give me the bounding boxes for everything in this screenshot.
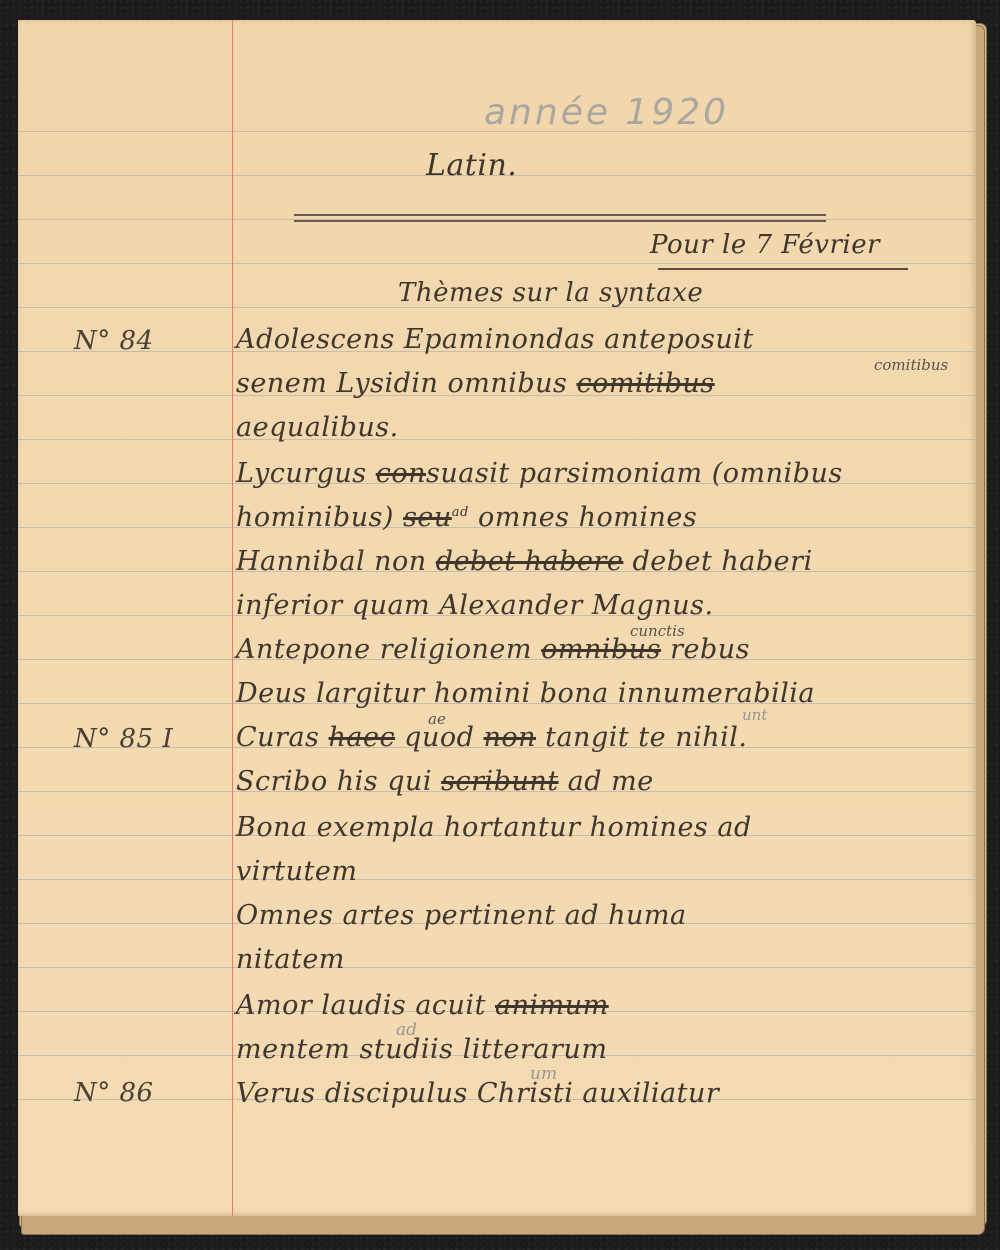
exercise-line: Omnes artes pertinent ad huma [236, 900, 687, 931]
pencil-year-note: année 1920 [484, 92, 729, 133]
struck-word: non [483, 722, 536, 753]
line-text: Amor laudis acuit [236, 990, 495, 1021]
exercise-number: N° 84 [74, 326, 154, 356]
struck-word: comitibus [576, 368, 714, 399]
section-title: Thèmes sur la syntaxe [398, 278, 703, 308]
exercise-line: hominibus) seuad omnes homines [236, 502, 697, 533]
line-text: Antepone religionem [236, 634, 541, 665]
exercise-line: mentem studiis litterarum [236, 1034, 607, 1065]
exercise-line: Deus largitur homini bona innumerabilia [236, 678, 815, 709]
exercise-line: aequalibus. [236, 412, 399, 443]
line-text: Scribo his qui [236, 766, 441, 797]
inserted-letters: ae [428, 710, 446, 728]
struck-word: haec [329, 722, 396, 753]
exercise-line: Scribo his qui scribunt ad me [236, 766, 654, 797]
exercise-number: N° 86 [74, 1078, 154, 1108]
line-text: suasit parsimoniam (omnibus [426, 458, 843, 489]
line-text: hominibus) [236, 502, 403, 533]
red-margin-line [232, 20, 233, 1216]
exercise-line: Lycurgus consuasit parsimoniam (omnibus [236, 458, 843, 489]
struck-word: debet habere [436, 546, 624, 577]
exercise-line: nitatem [236, 944, 345, 975]
inserted-word: ad [452, 505, 469, 520]
ruled-line [18, 879, 976, 880]
line-text: senem Lysidin omnibus [236, 368, 576, 399]
line-text: omnes homines [469, 502, 697, 533]
line-text: Curas [236, 722, 329, 753]
struck-word: seu [403, 502, 452, 533]
exercise-line: Verus discipulus Christi auxiliatur [236, 1078, 719, 1109]
subject-title: Latin. [426, 148, 517, 183]
correction-annotation: cunctis [630, 622, 685, 640]
exercise-line: senem Lysidin omnibus comitibus [236, 368, 715, 399]
correction-annotation: comitibus [874, 356, 948, 374]
title-double-rule [294, 214, 826, 216]
line-text: debet haberi [623, 546, 812, 577]
exercise-number: N° 85 I [74, 724, 173, 754]
exercise-line: virtutem [236, 856, 357, 887]
ruled-line [18, 439, 976, 440]
notebook-page: année 1920 Latin. Pour le 7 Février Thèm… [18, 20, 976, 1216]
title-double-rule [294, 220, 826, 222]
exercise-line: Adolescens Epaminondas anteposuit [236, 324, 754, 355]
exercise-line: Hannibal non debet habere debet haberi [236, 546, 813, 577]
struck-word: animum [495, 990, 609, 1021]
date-underline [658, 268, 908, 270]
ruled-line [18, 967, 976, 968]
pencil-correction: unt [742, 706, 767, 724]
date-heading: Pour le 7 Février [650, 230, 880, 260]
exercise-line: Curas haec quod non tangit te nihil. [236, 722, 747, 753]
exercise-line: Amor laudis acuit animum [236, 990, 609, 1021]
line-text: Lycurgus [236, 458, 376, 489]
exercise-line: Bona exempla hortantur homines ad [236, 812, 752, 843]
struck-word: con [376, 458, 426, 489]
exercise-line: inferior quam Alexander Magnus. [236, 590, 714, 621]
line-text: ad me [559, 766, 654, 797]
line-text: Hannibal non [236, 546, 436, 577]
pencil-insert: ad [396, 1020, 417, 1040]
ruled-line [18, 263, 976, 264]
line-text: mentem [236, 1034, 359, 1065]
struck-word: scribunt [441, 766, 558, 797]
line-text: tangit te nihil. [536, 722, 747, 753]
